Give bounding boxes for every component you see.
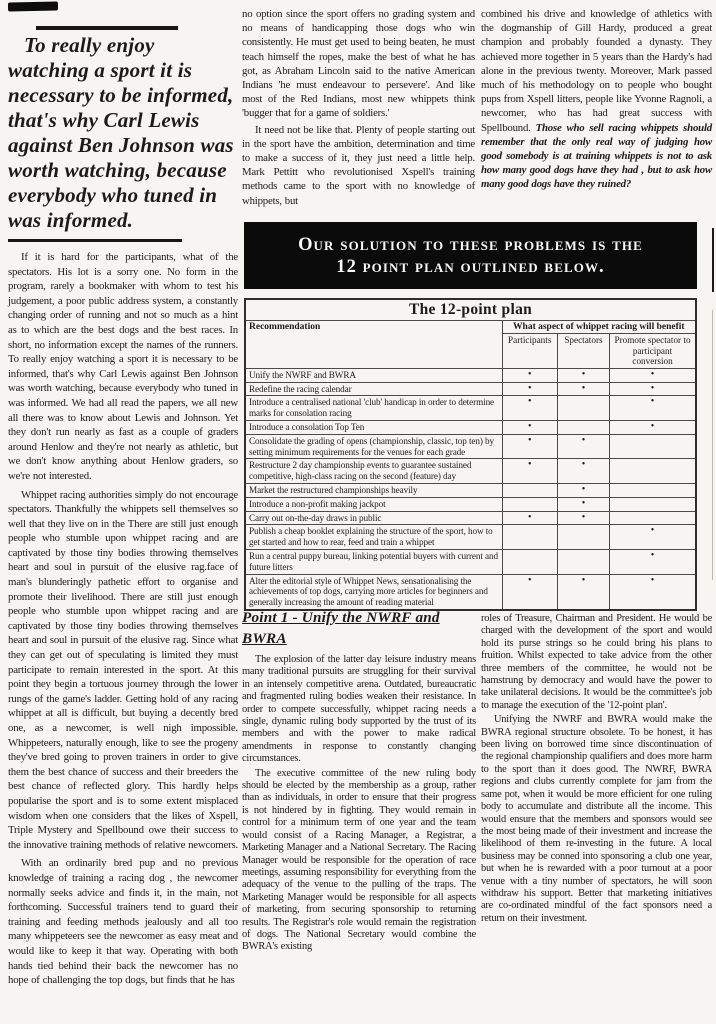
right-column-bottom: roles of Treasure, Chairman and Presiden… [481,613,712,927]
table-row: Introduce a centralised national 'club' … [245,396,696,421]
right-bottom-paragraph-2: Unifying the NWRF and BWRA would make th… [481,714,712,925]
conversion-cell: • [610,525,696,550]
spectators-header: Spectators [557,334,609,369]
spectators-cell: • [557,459,609,484]
pull-quote-block: To really enjoy watching a sport it is n… [8,26,238,242]
participants-cell: • [502,434,557,459]
conversion-cell: • [610,382,696,396]
table-row: Unify the NWRF and BWRA••• [245,368,696,382]
recommendation-cell: Unify the NWRF and BWRA [245,368,502,382]
table-title-row: The 12-point plan [245,299,696,321]
spectators-cell: • [557,483,609,497]
spectators-cell [557,420,609,434]
conversion-cell [610,511,696,525]
table-title: The 12-point plan [245,299,696,321]
point1-heading: Point 1 - Unify the NWRF and BWRA [242,607,476,649]
conversion-cell: • [610,396,696,421]
benefit-group-header: What aspect of whippet racing will benef… [502,321,696,334]
recommendation-cell: Carry out on-the-day draws in public [245,511,502,525]
spectators-cell [557,396,609,421]
participants-cell: • [502,368,557,382]
conversion-header: Promote spectator to participant convers… [610,334,696,369]
middle-paragraph-2: It need not be like that. Plenty of peop… [242,123,475,208]
table-row: Market the restructured championships he… [245,483,696,497]
spectators-cell: • [557,511,609,525]
point1-paragraph-2: The executive committee of the new rulin… [242,768,476,954]
recommendation-cell: Redefine the racing calendar [245,382,502,396]
participants-cell [502,483,557,497]
pull-quote: To really enjoy watching a sport it is n… [8,33,238,233]
banner-line-1: Our solution to these problems is the [298,234,643,256]
participants-cell: • [502,574,557,610]
pull-quote-top-rule [36,26,178,30]
recommendation-cell: Restructure 2 day championship events to… [245,459,502,484]
spectators-cell: • [557,574,609,610]
conversion-cell: • [610,574,696,610]
table-row: Redefine the racing calendar••• [245,382,696,396]
right-paragraph-1: combined his drive and knowledge of athl… [481,7,712,192]
right-column-top: combined his drive and knowledge of athl… [481,7,712,194]
participants-cell [502,497,557,511]
table-row: Restructure 2 day championship events to… [245,459,696,484]
spectators-cell: • [557,382,609,396]
participants-cell [502,549,557,574]
participants-cell: • [502,511,557,525]
middle-column-top: no option since the sport offers no grad… [242,7,475,210]
spectators-cell [557,549,609,574]
left-paragraph-1: If it is hard for the participants, what… [8,250,238,484]
recommendation-cell: Introduce a consolation Top Ten [245,420,502,434]
left-paragraph-3: With an ordinarily bred pup and no previ… [8,856,238,987]
conversion-cell: • [610,549,696,574]
recommendation-cell: Introduce a non-profit making jackpot [245,497,502,511]
table-row: Alter the editorial style of Whippet New… [245,574,696,610]
spectators-cell [557,525,609,550]
spectators-cell: • [557,368,609,382]
conversion-cell: • [610,420,696,434]
recommendation-cell: Alter the editorial style of Whippet New… [245,574,502,610]
participants-cell: • [502,459,557,484]
participants-cell [502,525,557,550]
table-row: Publish a cheap booklet explaining the s… [245,525,696,550]
participants-header: Participants [502,334,557,369]
middle-paragraph-1: no option since the sport offers no grad… [242,7,475,121]
conversion-cell [610,483,696,497]
table-row: Consolidate the grading of opens (champi… [245,434,696,459]
point1-paragraph-1: The explosion of the latter day leisure … [242,654,476,766]
spectators-cell: • [557,434,609,459]
participants-cell: • [502,382,557,396]
conversion-cell [610,459,696,484]
left-column: To really enjoy watching a sport it is n… [8,4,238,992]
recommendation-cell: Run a central puppy bureau, linking pote… [245,549,502,574]
spectators-cell: • [557,497,609,511]
table-row: Introduce a consolation Top Ten•• [245,420,696,434]
scanned-article-page: To really enjoy watching a sport it is n… [0,0,716,1024]
table-row: Run a central puppy bureau, linking pote… [245,549,696,574]
table-row: Introduce a non-profit making jackpot• [245,497,696,511]
scan-edge-artifact-light [712,310,713,580]
pull-quote-bottom-rule [8,239,182,242]
recommendation-header: Recommendation [245,321,502,369]
left-paragraph-2: Whippet racing authorities simply do not… [8,488,238,853]
recommendation-cell: Introduce a centralised national 'club' … [245,396,502,421]
scan-edge-artifact [712,228,714,292]
recommendation-cell: Publish a cheap booklet explaining the s… [245,525,502,550]
table-group-header-row: Recommendation What aspect of whippet ra… [245,321,696,334]
participants-cell: • [502,420,557,434]
recommendation-cell: Market the restructured championships he… [245,483,502,497]
solution-banner: Our solution to these problems is the 12… [244,222,697,289]
conversion-cell [610,434,696,459]
conversion-cell: • [610,368,696,382]
plan-table-body: Unify the NWRF and BWRA•••Redefine the r… [245,368,696,610]
middle-column-bottom: Point 1 - Unify the NWRF and BWRA The ex… [242,607,476,956]
recommendation-cell: Consolidate the grading of opens (champi… [245,434,502,459]
table-row: Carry out on-the-day draws in public•• [245,511,696,525]
twelve-point-plan-table: The 12-point plan Recommendation What as… [244,298,697,611]
right-paragraph-lead: combined his drive and knowledge of athl… [481,8,712,134]
participants-cell: • [502,396,557,421]
right-bottom-paragraph-1: roles of Treasure, Chairman and Presiden… [481,613,712,712]
banner-line-2: 12 point plan outlined below. [336,256,605,278]
conversion-cell [610,497,696,511]
